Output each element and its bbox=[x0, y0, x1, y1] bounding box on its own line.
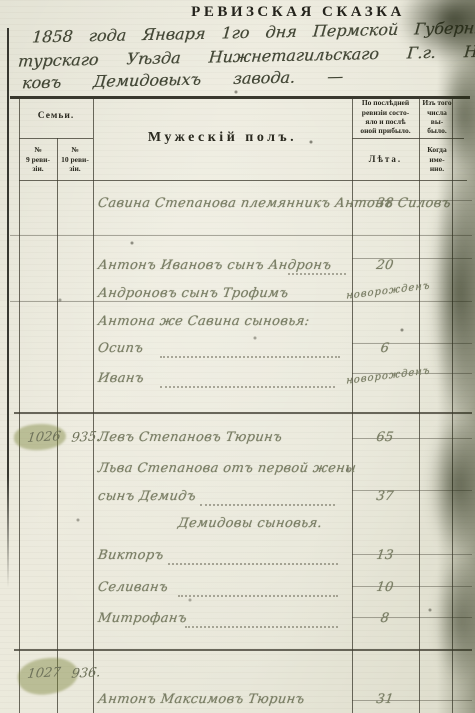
dot-leader bbox=[185, 624, 338, 628]
age-value: 8 bbox=[353, 611, 417, 626]
scan-streak bbox=[10, 235, 472, 236]
age-value: 37 bbox=[353, 489, 417, 504]
scanned-document-page: РЕВИЗСКАЯ СКАЗКА 1858 года Января 1го дн… bbox=[0, 0, 475, 713]
table-row: Демидовы сыновья. bbox=[0, 516, 475, 540]
header-bottom-rule bbox=[19, 180, 467, 181]
table-row: Андроновъ сынъ Трофимъ новорожденъ bbox=[0, 286, 475, 310]
person-name: Селиванъ bbox=[97, 580, 169, 595]
table-row: Льва Степанова отъ первой жены bbox=[0, 461, 475, 485]
person-name: Антонъ Максимовъ Тюринъ bbox=[97, 692, 306, 707]
age-value: 6 bbox=[353, 341, 417, 356]
age-value: 13 bbox=[353, 548, 417, 563]
table-row: 1026 935. Левъ Степановъ Тюринъ 65 bbox=[0, 430, 475, 454]
family-divider-rule bbox=[14, 412, 472, 414]
person-name: Льва Степанова отъ первой жены bbox=[97, 461, 357, 476]
table-row: 1027 936. bbox=[0, 666, 475, 690]
column-header-no10: № 10 реви- зіи. bbox=[57, 139, 93, 180]
table-row: Осипъ 6 bbox=[0, 341, 475, 365]
person-name: Андроновъ сынъ Трофимъ bbox=[97, 286, 289, 301]
age-value: 31 bbox=[353, 692, 417, 707]
person-name: Антона же Савина сыновья: bbox=[97, 314, 311, 329]
age-note: новорожденъ bbox=[346, 281, 424, 302]
table-row: Иванъ новорожденъ bbox=[0, 371, 475, 395]
person-name: Митрофанъ bbox=[97, 611, 188, 626]
column-header-present: По послѣдней ревизіи состо- яло и послѣ … bbox=[353, 97, 418, 137]
person-name: Викторъ bbox=[97, 548, 165, 563]
dot-leader bbox=[168, 561, 338, 565]
table-row: Савина Степанова племянникъ Антонъ Силов… bbox=[0, 196, 475, 220]
table-row: Митрофанъ 8 bbox=[0, 611, 475, 635]
sons-subheading: Демидовы сыновья. bbox=[177, 516, 323, 531]
table-row: сынъ Демидъ 37 bbox=[0, 489, 475, 513]
column-header-male-sex: Мужескій полъ. bbox=[93, 96, 352, 180]
scan-left-edge bbox=[7, 28, 9, 588]
person-name: Осипъ bbox=[97, 341, 144, 356]
family-no-10: 936. bbox=[61, 665, 111, 682]
age-value: 20 bbox=[353, 258, 417, 273]
table-row: Антонъ Ивановъ сынъ Андронъ 20 bbox=[0, 258, 475, 282]
column-header-age: Лѣта. bbox=[353, 139, 418, 180]
table-row: Антонъ Максимовъ Тюринъ 31 bbox=[0, 692, 475, 713]
age-value: 38 bbox=[353, 196, 417, 211]
dot-leader bbox=[160, 384, 335, 388]
age-note: новорожденъ bbox=[346, 366, 424, 387]
person-name: сынъ Демидъ bbox=[97, 489, 197, 504]
dot-leader bbox=[178, 593, 338, 597]
person-name: Иванъ bbox=[97, 371, 145, 386]
age-value: 65 bbox=[353, 430, 417, 445]
heading-estate-line: ковъ Демидовыхъ завода. — bbox=[21, 67, 344, 93]
column-header-family: Семьи. bbox=[19, 96, 93, 138]
table-row: Антона же Савина сыновья: bbox=[0, 314, 475, 338]
dot-leader bbox=[288, 271, 346, 275]
dot-leader bbox=[200, 502, 335, 506]
column-header-no9: № 9 реви- зіи. bbox=[19, 139, 57, 180]
table-row: Селиванъ 10 bbox=[0, 580, 475, 604]
person-name: Левъ Степановъ Тюринъ bbox=[97, 430, 283, 445]
table-row: Викторъ 13 bbox=[0, 548, 475, 572]
family-divider-rule bbox=[14, 649, 472, 651]
age-value: 10 bbox=[353, 580, 417, 595]
document-title: РЕВИЗСКАЯ СКАЗКА bbox=[191, 4, 405, 21]
dot-leader bbox=[160, 354, 340, 358]
